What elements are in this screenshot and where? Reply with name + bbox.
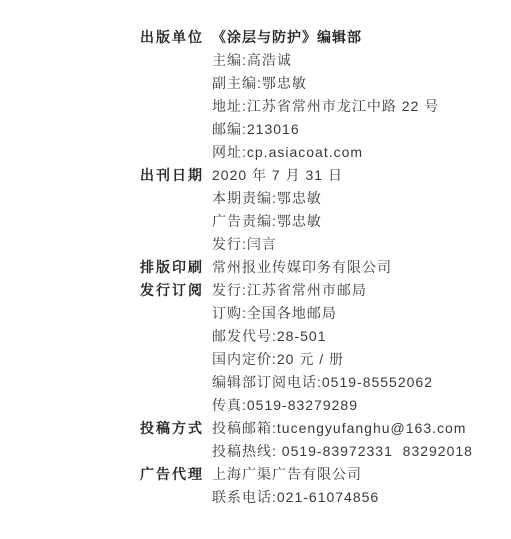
section-label-submission: 投稿方式 [140, 417, 212, 440]
section-submission: 投稿方式 投稿邮箱:tucengyufanghu@163.com 投稿热线: 0… [140, 417, 473, 463]
section-lines-distribution-subscription: 发行:江苏省常州市邮局 订购:全国各地邮局 邮发代号:28-501 国内定价:2… [212, 279, 473, 417]
section-label-publish-date: 出刊日期 [140, 164, 212, 187]
section-ad-agency: 广告代理 上海广渠广告有限公司 联系电话:021-61074856 [140, 463, 473, 509]
section-label-ad-agency: 广告代理 [140, 463, 212, 486]
editorial-subscription-phone-line: 编辑部订阅电话:0519-85552062 [212, 371, 473, 394]
publish-date-line: 2020 年 7 月 31 日 [212, 164, 473, 187]
postal-distribution-code-line: 邮发代号:28-501 [212, 325, 473, 348]
section-distribution-subscription: 发行订阅 发行:江苏省常州市邮局 订购:全国各地邮局 邮发代号:28-501 国… [140, 279, 473, 417]
ad-editor-line: 广告责编:鄂忠敏 [212, 210, 473, 233]
ad-contact-phone-line: 联系电话:021-61074856 [212, 486, 473, 509]
section-lines-submission: 投稿邮箱:tucengyufanghu@163.com 投稿热线: 0519-8… [212, 417, 473, 463]
fax-line: 传真:0519-83279289 [212, 394, 473, 417]
section-publisher: 出版单位 《涂层与防护》编辑部 主编:高浩诚 副主编:鄂忠敏 地址:江苏省常州市… [140, 26, 473, 164]
distribution-person-line: 发行:闫言 [212, 233, 473, 256]
submission-email-line: 投稿邮箱:tucengyufanghu@163.com [212, 417, 473, 440]
printer-name-line: 常州报业传媒印务有限公司 [212, 256, 473, 279]
section-typesetting-printing: 排版印刷 常州报业传媒印务有限公司 [140, 256, 473, 279]
domestic-price-line: 国内定价:20 元 / 册 [212, 348, 473, 371]
chief-editor-line: 主编:高浩诚 [212, 49, 473, 72]
section-lines-typesetting-printing: 常州报业传媒印务有限公司 [212, 256, 473, 279]
section-lines-ad-agency: 上海广渠广告有限公司 联系电话:021-61074856 [212, 463, 473, 509]
website-line: 网址:cp.asiacoat.com [212, 141, 473, 164]
ad-agency-name-line: 上海广渠广告有限公司 [212, 463, 473, 486]
postcode-line: 邮编:213016 [212, 118, 473, 141]
issue-editor-line: 本期责编:鄂忠敏 [212, 187, 473, 210]
section-lines-publish-date: 2020 年 7 月 31 日 本期责编:鄂忠敏 广告责编:鄂忠敏 发行:闫言 [212, 164, 473, 256]
distribution-org-line: 发行:江苏省常州市邮局 [212, 279, 473, 302]
address-line: 地址:江苏省常州市龙江中路 22 号 [212, 95, 473, 118]
submission-hotline-line: 投稿热线: 0519-83972331 83292018 [212, 440, 473, 463]
section-label-publisher: 出版单位 [140, 26, 212, 49]
section-publish-date: 出刊日期 2020 年 7 月 31 日 本期责编:鄂忠敏 广告责编:鄂忠敏 发… [140, 164, 473, 256]
section-label-distribution-subscription: 发行订阅 [140, 279, 212, 302]
publisher-name-line: 《涂层与防护》编辑部 [212, 26, 473, 49]
section-lines-publisher: 《涂层与防护》编辑部 主编:高浩诚 副主编:鄂忠敏 地址:江苏省常州市龙江中路 … [212, 26, 473, 164]
deputy-chief-editor-line: 副主编:鄂忠敏 [212, 72, 473, 95]
subscription-channel-line: 订购:全国各地邮局 [212, 302, 473, 325]
colophon: 出版单位 《涂层与防护》编辑部 主编:高浩诚 副主编:鄂忠敏 地址:江苏省常州市… [140, 26, 473, 509]
section-label-typesetting-printing: 排版印刷 [140, 256, 212, 279]
